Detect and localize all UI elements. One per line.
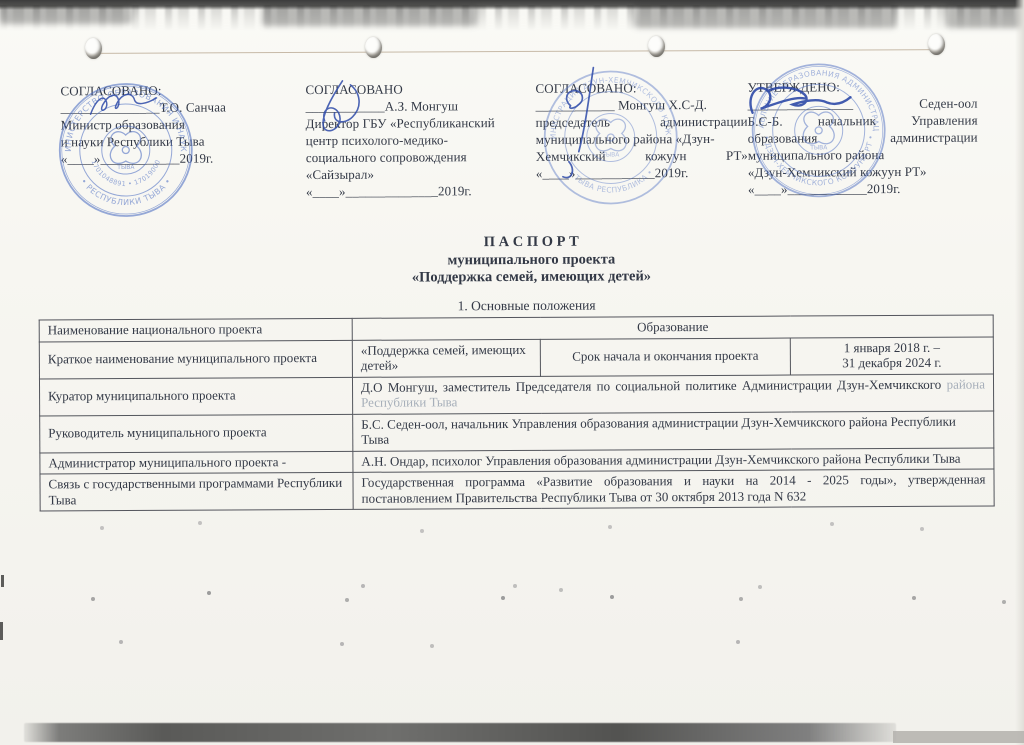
approval-title: СОГЛАСОВАНО: — [535, 79, 747, 97]
main-provisions-table: Наименование национального проекта Образ… — [39, 314, 995, 511]
row-value: Б.С. Седен-оол, начальник Управления обр… — [353, 410, 994, 450]
row-label: Администратор муниципального проекта - — [40, 451, 353, 474]
document-content: СОГЛАСОВАНО: _______________Т.О. Санчаа … — [0, 0, 1024, 745]
approval-title: УТВЕРЖДЕНО: — [747, 78, 977, 96]
approval-line: «____»____________2019г. — [536, 164, 748, 182]
scan-edge-bottom-right — [893, 731, 1024, 743]
approval-line: ________________ Седен-оол — [748, 95, 978, 113]
approval-line: и науки Республики Тыва — [61, 132, 299, 150]
approval-line: «____»____________2019г. — [748, 180, 978, 198]
approval-line: «Дзун-Хемчикский кожуун РТ» — [748, 163, 978, 181]
approval-line: Хемчикский кожуун РТ» — [536, 147, 748, 165]
table-row: Куратор муниципального проекта Д.О Монгу… — [39, 373, 993, 415]
document-title: П А С П О Р Т муниципального проекта «По… — [1, 231, 1024, 289]
approval-line: Директор ГБУ «Республиканский — [306, 114, 534, 132]
approval-block-seden-ool: УТВЕРЖДЕНО: ________________ Седен-оол Б… — [747, 78, 978, 198]
table-row: Краткое наименование муниципального прое… — [39, 336, 993, 378]
approval-line: социального сопровождения — [306, 148, 534, 166]
approval-line: Б.С-Б. начальник Управления — [748, 112, 978, 130]
row-label: Связь с государственными программами Рес… — [40, 472, 353, 511]
scanned-document-page: СОГЛАСОВАНО: _______________Т.О. Санчаа … — [0, 0, 1024, 745]
curator-text: Д.О Монгуш, заместитель Председателя по … — [361, 376, 941, 394]
scan-edge-bottom — [24, 723, 896, 742]
approval-line: «____»______________2019г. — [306, 182, 534, 200]
approval-block-mongush-az: СОГЛАСОВАНО ____________А.З. Монгуш Дире… — [305, 80, 534, 200]
approval-line: _______________Т.О. Санчаа — [61, 98, 299, 116]
table-row: Связь с государственными программами Рес… — [40, 469, 994, 511]
row-label: Краткое наименование муниципального прое… — [39, 340, 352, 379]
approval-line: ____________А.З. Монгуш — [306, 97, 534, 115]
approval-block-sanchaa: СОГЛАСОВАНО: _______________Т.О. Санчаа … — [60, 81, 298, 167]
approval-line: председатель администрации — [536, 113, 748, 131]
approval-line: ____________ Монгуш Х.С-Д. — [536, 96, 748, 114]
approval-line: муниципального района «Дзун- — [536, 130, 748, 148]
approval-line: «Сайзырал» — [306, 165, 534, 183]
row-value: Государственная программа «Развитие обра… — [353, 469, 994, 509]
period-label: Срок начала и окончания проекта — [540, 338, 790, 376]
approval-title: СОГЛАСОВАНО: — [60, 81, 298, 99]
period-end: 31 декабря 2024 г. — [799, 355, 985, 371]
row-label: Куратор муниципального проекта — [39, 377, 352, 416]
approval-line: «____»____________2019г. — [61, 149, 299, 167]
period-start: 1 января 2018 г. – — [799, 339, 985, 355]
stamp-ring-text: • РЕСПУБЛИКИ ТЫВА • — [79, 176, 174, 207]
row-value: Д.О Монгуш, заместитель Председателя по … — [352, 373, 993, 413]
row-value: «Поддержка семей, имеющих детей» — [352, 339, 540, 377]
section-heading: 1. Основные положения — [2, 295, 1024, 316]
approval-line: Министр образования — [61, 115, 299, 133]
approval-line: муниципального района — [748, 146, 978, 164]
approval-line: центр психолого-медико- — [306, 131, 534, 149]
table-row: Руководитель муниципального проекта Б.С.… — [40, 410, 994, 452]
row-label: Руководитель муниципального проекта — [40, 414, 353, 453]
svg-text:• РЕСПУБЛИКИ ТЫВА •: • РЕСПУБЛИКИ ТЫВА • — [79, 176, 174, 207]
approval-title: СОГЛАСОВАНО — [305, 80, 533, 98]
row-label: Наименование национального проекта — [39, 318, 352, 341]
approval-line: образования администрации — [748, 129, 978, 147]
period-value: 1 января 2018 г. – 31 декабря 2024 г. — [790, 336, 993, 374]
approval-block-mongush-hsd: СОГЛАСОВАНО: ____________ Монгуш Х.С-Д. … — [535, 79, 748, 182]
